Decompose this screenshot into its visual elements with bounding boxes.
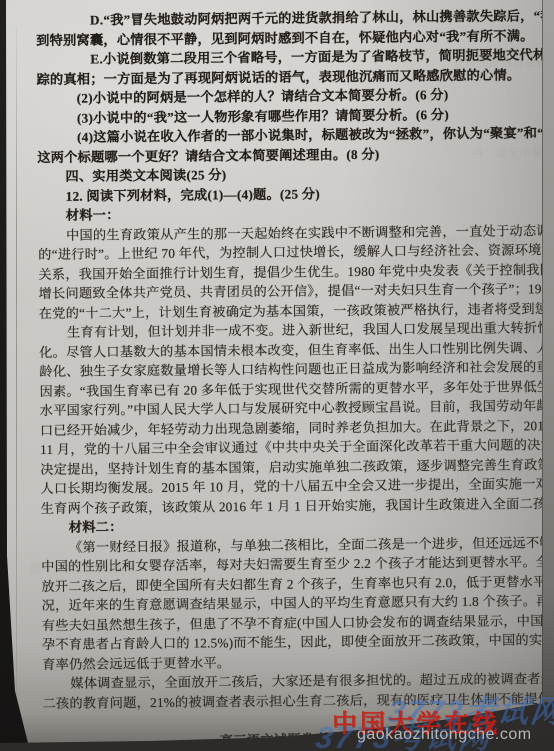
scan-edge-right bbox=[542, 0, 554, 751]
exam-text-block: 高三语文试题卷 第 7 页（共 10 页） D.“我”冒失地鼓动阿炳把两千元的进… bbox=[0, 0, 554, 751]
text-line: 育率仍然会远远低于更替水平。 bbox=[42, 653, 230, 674]
bleed-through-text: 人口与生育政策的调整 bbox=[452, 53, 554, 71]
text-line: 生育两个孩子政策，该政策从 2016 年 1 月 1 日开始实施，我国计生政策进… bbox=[41, 493, 554, 517]
text-line: 材料二： bbox=[69, 517, 123, 537]
text-line: 材料一： bbox=[66, 205, 120, 225]
watermark-url: gaokaozhitongche.com bbox=[357, 726, 532, 744]
text-line: 这两个标题哪一个更好？请结合文本简要阐述理由。(8 分) bbox=[37, 144, 379, 166]
text-line: 孕不育患者占育龄人口的 12.5%)而不能生，因此，即使全面放开二孩政策，中国的… bbox=[42, 630, 554, 654]
scanned-exam-page: 高三语文试题卷 第 7 页（共 10 页） D.“我”冒失地鼓动阿炳把两千元的进… bbox=[0, 0, 554, 751]
bleed-through-text: 年人口发展呈现变化 bbox=[452, 465, 554, 483]
text-line: 12. 阅读下列材料，完成(1)—(4)题。(25 分) bbox=[66, 184, 320, 205]
bleed-through-text: 生育率与更替水平之间 bbox=[446, 231, 554, 249]
text-line: 四、实用类文本阅读(25 分) bbox=[65, 165, 226, 186]
bleed-through-text: 本阅读材料完成下题 bbox=[29, 559, 137, 577]
